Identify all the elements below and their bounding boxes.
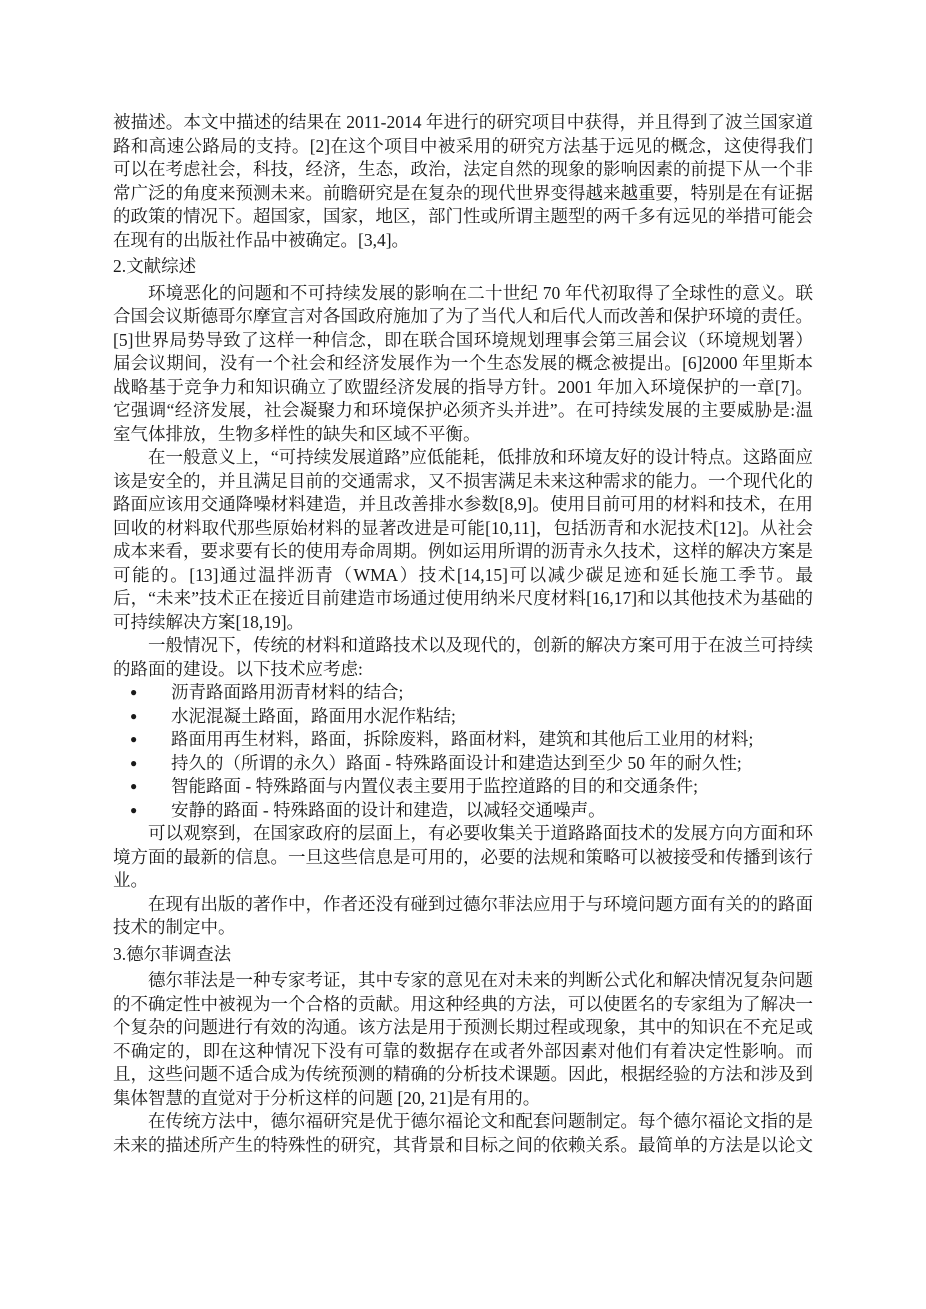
document-page: 被描述。本文中描述的结果在 2011-2014 年进行的研究项目中获得，并且得到… bbox=[113, 111, 813, 1157]
list-item-text: 安静的路面 - 特殊路面的设计和建造，以减轻交通噪声。 bbox=[171, 799, 813, 823]
bullet-icon: ● bbox=[113, 799, 171, 823]
bullet-icon: ● bbox=[113, 752, 171, 776]
section-heading-literature-review: 2.文献综述 bbox=[113, 255, 813, 279]
body-paragraph: 在现有出版的著作中，作者还没有碰到过德尔菲法应用于与环境问题方面有关的的路面技术… bbox=[113, 893, 813, 940]
bullet-icon: ● bbox=[113, 775, 171, 799]
body-paragraph: 在一般意义上，“可持续发展道路”应低能耗，低排放和环境友好的设计特点。这路面应该… bbox=[113, 446, 813, 634]
body-paragraph: 德尔菲法是一种专家考证，其中专家的意见在对未来的判断公式化和解决情况复杂问题的不… bbox=[113, 969, 813, 1110]
list-item-text: 智能路面 - 特殊路面与内置仪表主要用于监控道路的目的和交通条件; bbox=[171, 775, 813, 799]
section-heading-delphi-method: 3.德尔菲调查法 bbox=[113, 943, 813, 967]
bullet-icon: ● bbox=[113, 705, 171, 729]
list-item-text: 沥青路面路用沥青材料的结合; bbox=[171, 681, 813, 705]
list-item-text: 水泥混凝土路面，路面用水泥作粘结; bbox=[171, 705, 813, 729]
list-item-text: 持久的（所谓的永久）路面 - 特殊路面设计和建造达到至少 50 年的耐久性; bbox=[171, 752, 813, 776]
body-paragraph-page-end: 在传统方法中，德尔福研究是优于德尔福论文和配套问题制定。每个德尔福论文指的是未来… bbox=[113, 1110, 813, 1157]
list-item: ● 安静的路面 - 特殊路面的设计和建造，以减轻交通噪声。 bbox=[113, 799, 813, 823]
body-paragraph: 环境恶化的问题和不可持续发展的影响在二十世纪 70 年代初取得了全球性的意义。联… bbox=[113, 282, 813, 447]
list-item: ● 智能路面 - 特殊路面与内置仪表主要用于监控道路的目的和交通条件; bbox=[113, 775, 813, 799]
bullet-icon: ● bbox=[113, 681, 171, 705]
bullet-icon: ● bbox=[113, 728, 171, 752]
body-paragraph-continuation: 被描述。本文中描述的结果在 2011-2014 年进行的研究项目中获得，并且得到… bbox=[113, 111, 813, 252]
list-item: ● 沥青路面路用沥青材料的结合; bbox=[113, 681, 813, 705]
list-item: ● 水泥混凝土路面，路面用水泥作粘结; bbox=[113, 705, 813, 729]
body-paragraph: 一般情况下，传统的材料和道路技术以及现代的，创新的解决方案可用于在波兰可持续的路… bbox=[113, 634, 813, 681]
list-item: ● 路面用再生材料，路面，拆除废料，路面材料，建筑和其他后工业用的材料; bbox=[113, 728, 813, 752]
list-item-text: 路面用再生材料，路面，拆除废料，路面材料，建筑和其他后工业用的材料; bbox=[171, 728, 813, 752]
list-item: ● 持久的（所谓的永久）路面 - 特殊路面设计和建造达到至少 50 年的耐久性; bbox=[113, 752, 813, 776]
body-paragraph: 可以观察到，在国家政府的层面上，有必要收集关于道路路面技术的发展方向方面和环境方… bbox=[113, 822, 813, 893]
